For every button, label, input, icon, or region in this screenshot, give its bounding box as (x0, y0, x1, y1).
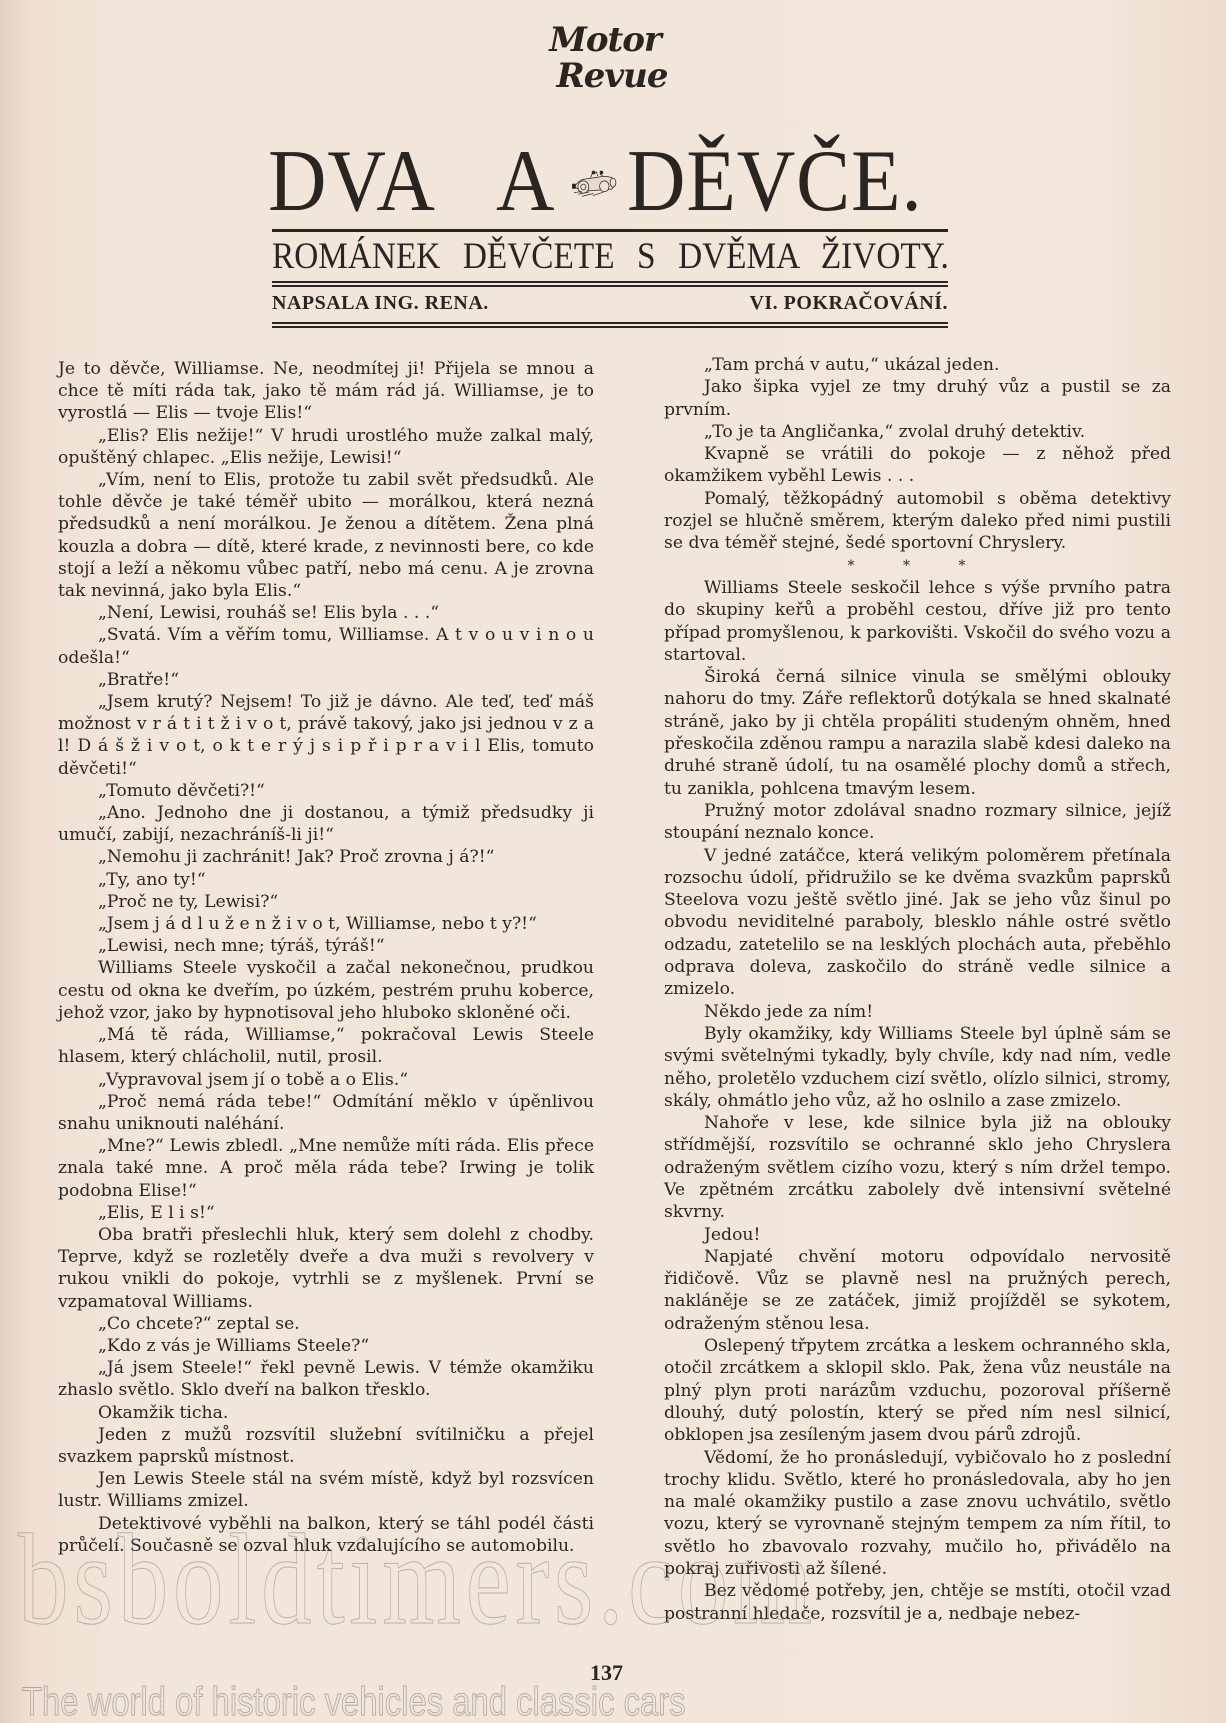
paragraph: „Elis, E l i s!“ (58, 1202, 594, 1224)
paragraph: Oba bratři přeslechli hluk, který sem do… (58, 1224, 594, 1313)
title-word-a: A (496, 142, 555, 222)
paragraph: „Kdo z vás je Williams Steele?“ (58, 1335, 594, 1357)
article-subtitle: ROMÁNEK DĚVČETE S DVĚMA ŽIVOTY. (272, 237, 949, 277)
paragraph: „Vím, není to Elis, protože tu zabil svě… (58, 469, 594, 602)
paragraph: „Ano. Jednoho dne ji dostanou, a týmiž p… (58, 802, 594, 846)
paragraph: Jako šipka vyjel ze tmy druhý vůz a pust… (664, 376, 1171, 421)
paragraph: „Jsem krutý? Nejsem! To již je dávno. Al… (58, 691, 594, 780)
author-credit: NAPSALA ING. RENA. (272, 292, 489, 315)
masthead-line-2: Revue (544, 58, 680, 94)
paragraph: Jeden z mužů rozsvítil služební svítilni… (58, 1424, 594, 1468)
paragraph: „Proč nemá ráda tebe!“ Odmítání měklo v … (58, 1091, 594, 1135)
paragraph: Napjaté chvění motoru odpovídalo nervosi… (664, 1246, 1171, 1335)
paragraph: Široká černá silnice vinula se smělými o… (664, 666, 1171, 800)
installment-label: VI. POKRAČOVÁNÍ. (749, 292, 948, 315)
paragraph: Kvapně se vrátili do pokoje — z něhož př… (664, 443, 1171, 488)
title-word-dva: DVA (268, 142, 436, 222)
subtitle-rule-bottom (272, 285, 948, 287)
paragraph: „Tam prchá v autu,“ ukázal jeden. (664, 354, 1171, 376)
paragraph: Bez vědomé potřeby, jen, chtěje se mstít… (664, 1580, 1171, 1625)
paragraph: Byly okamžiky, kdy Williams Steele byl ú… (664, 1023, 1171, 1112)
paragraph: „Tomuto děvčeti?!“ (58, 780, 594, 802)
page-number: 137 (590, 1660, 623, 1686)
paragraph: „Bratře!“ (58, 669, 594, 691)
paragraph: Někdo jede za ním! (664, 1001, 1171, 1023)
paragraph: „Jsem j á d l u ž e n ž i v o t, William… (58, 913, 594, 935)
masthead-logo: Motor Revue (530, 22, 680, 94)
vintage-car-icon (571, 144, 619, 222)
paragraph: Jedou! (664, 1224, 1171, 1246)
byline-rule-top (272, 322, 948, 324)
right-column: „Tam prchá v autu,“ ukázal jeden. Jako š… (664, 354, 1171, 1625)
title-word-devce: DĚVČE. (627, 142, 923, 222)
paragraph: Je to děvče, Williamse. Ne, neodmítej ji… (58, 358, 594, 425)
paragraph: „Svatá. Vím a věřím tomu, Williamse. A t… (58, 624, 594, 668)
paragraph: „Co chcete?“ zeptal se. (58, 1313, 594, 1335)
paragraph: „Elis? Elis nežije!“ V hrudi urostlého m… (58, 425, 594, 469)
title-rule (272, 229, 948, 232)
paragraph: Jen Lewis Steele stál na svém místě, kdy… (58, 1468, 594, 1512)
paragraph: Okamžik ticha. (58, 1402, 594, 1424)
paragraph: „To je ta Angličanka,“ zvolal druhý dete… (664, 421, 1171, 443)
section-separator: * * * (664, 555, 1171, 577)
paragraph: „Vypravoval jsem jí o tobě a o Elis.“ (58, 1069, 594, 1091)
paragraph: Pružný motor zdolával snadno rozmary sil… (664, 800, 1171, 845)
paragraph: Vědomí, že ho pronásledují, vybičovalo h… (664, 1447, 1171, 1581)
subtitle-rule-top (272, 281, 948, 283)
paragraph: „Mne?“ Lewis zbledl. „Mne nemůže míti rá… (58, 1135, 594, 1202)
paragraph: „Není, Lewisi, rouháš se! Elis byla . . … (58, 602, 594, 624)
masthead-line-1: Motor (530, 22, 680, 58)
paragraph: Williams Steele vyskočil a začal nekoneč… (58, 957, 594, 1024)
watermark-tagline: The world of historic vehicles and class… (22, 1682, 686, 1722)
paragraph: Pomalý, těžkopádný automobil s oběma det… (664, 488, 1171, 555)
paragraph: Detektivové vyběhli na balkon, který se … (58, 1513, 594, 1557)
paragraph: „Ty, ano ty!“ (58, 869, 594, 891)
paragraph: „Lewisi, nech mne; týráš, týráš!“ (58, 935, 594, 957)
paragraph: Nahoře v lese, kde silnice byla již na o… (664, 1112, 1171, 1223)
paragraph: Oslepený třpytem zrcátka a leskem ochran… (664, 1335, 1171, 1446)
paragraph: „Nemohu ji zachránit! Jak? Proč zrovna j… (58, 846, 594, 868)
paragraph: „Má tě ráda, Williamse,“ pokračoval Lewi… (58, 1024, 594, 1068)
paragraph: „Já jsem Steele!“ řekl pevně Lewis. V té… (58, 1357, 594, 1401)
byline-rule-bottom (272, 326, 948, 328)
left-column: Je to děvče, Williamse. Ne, neodmítej ji… (58, 358, 594, 1557)
paragraph: „Proč ne ty, Lewisi?“ (58, 891, 594, 913)
paragraph: V jedné zatáčce, která velikým poloměrem… (664, 845, 1171, 1001)
article-title: DVA A DĚVČE. (268, 132, 948, 222)
byline: NAPSALA ING. RENA. VI. POKRAČOVÁNÍ. (272, 292, 948, 315)
paragraph: Williams Steele seskočil lehce s výše pr… (664, 577, 1171, 666)
